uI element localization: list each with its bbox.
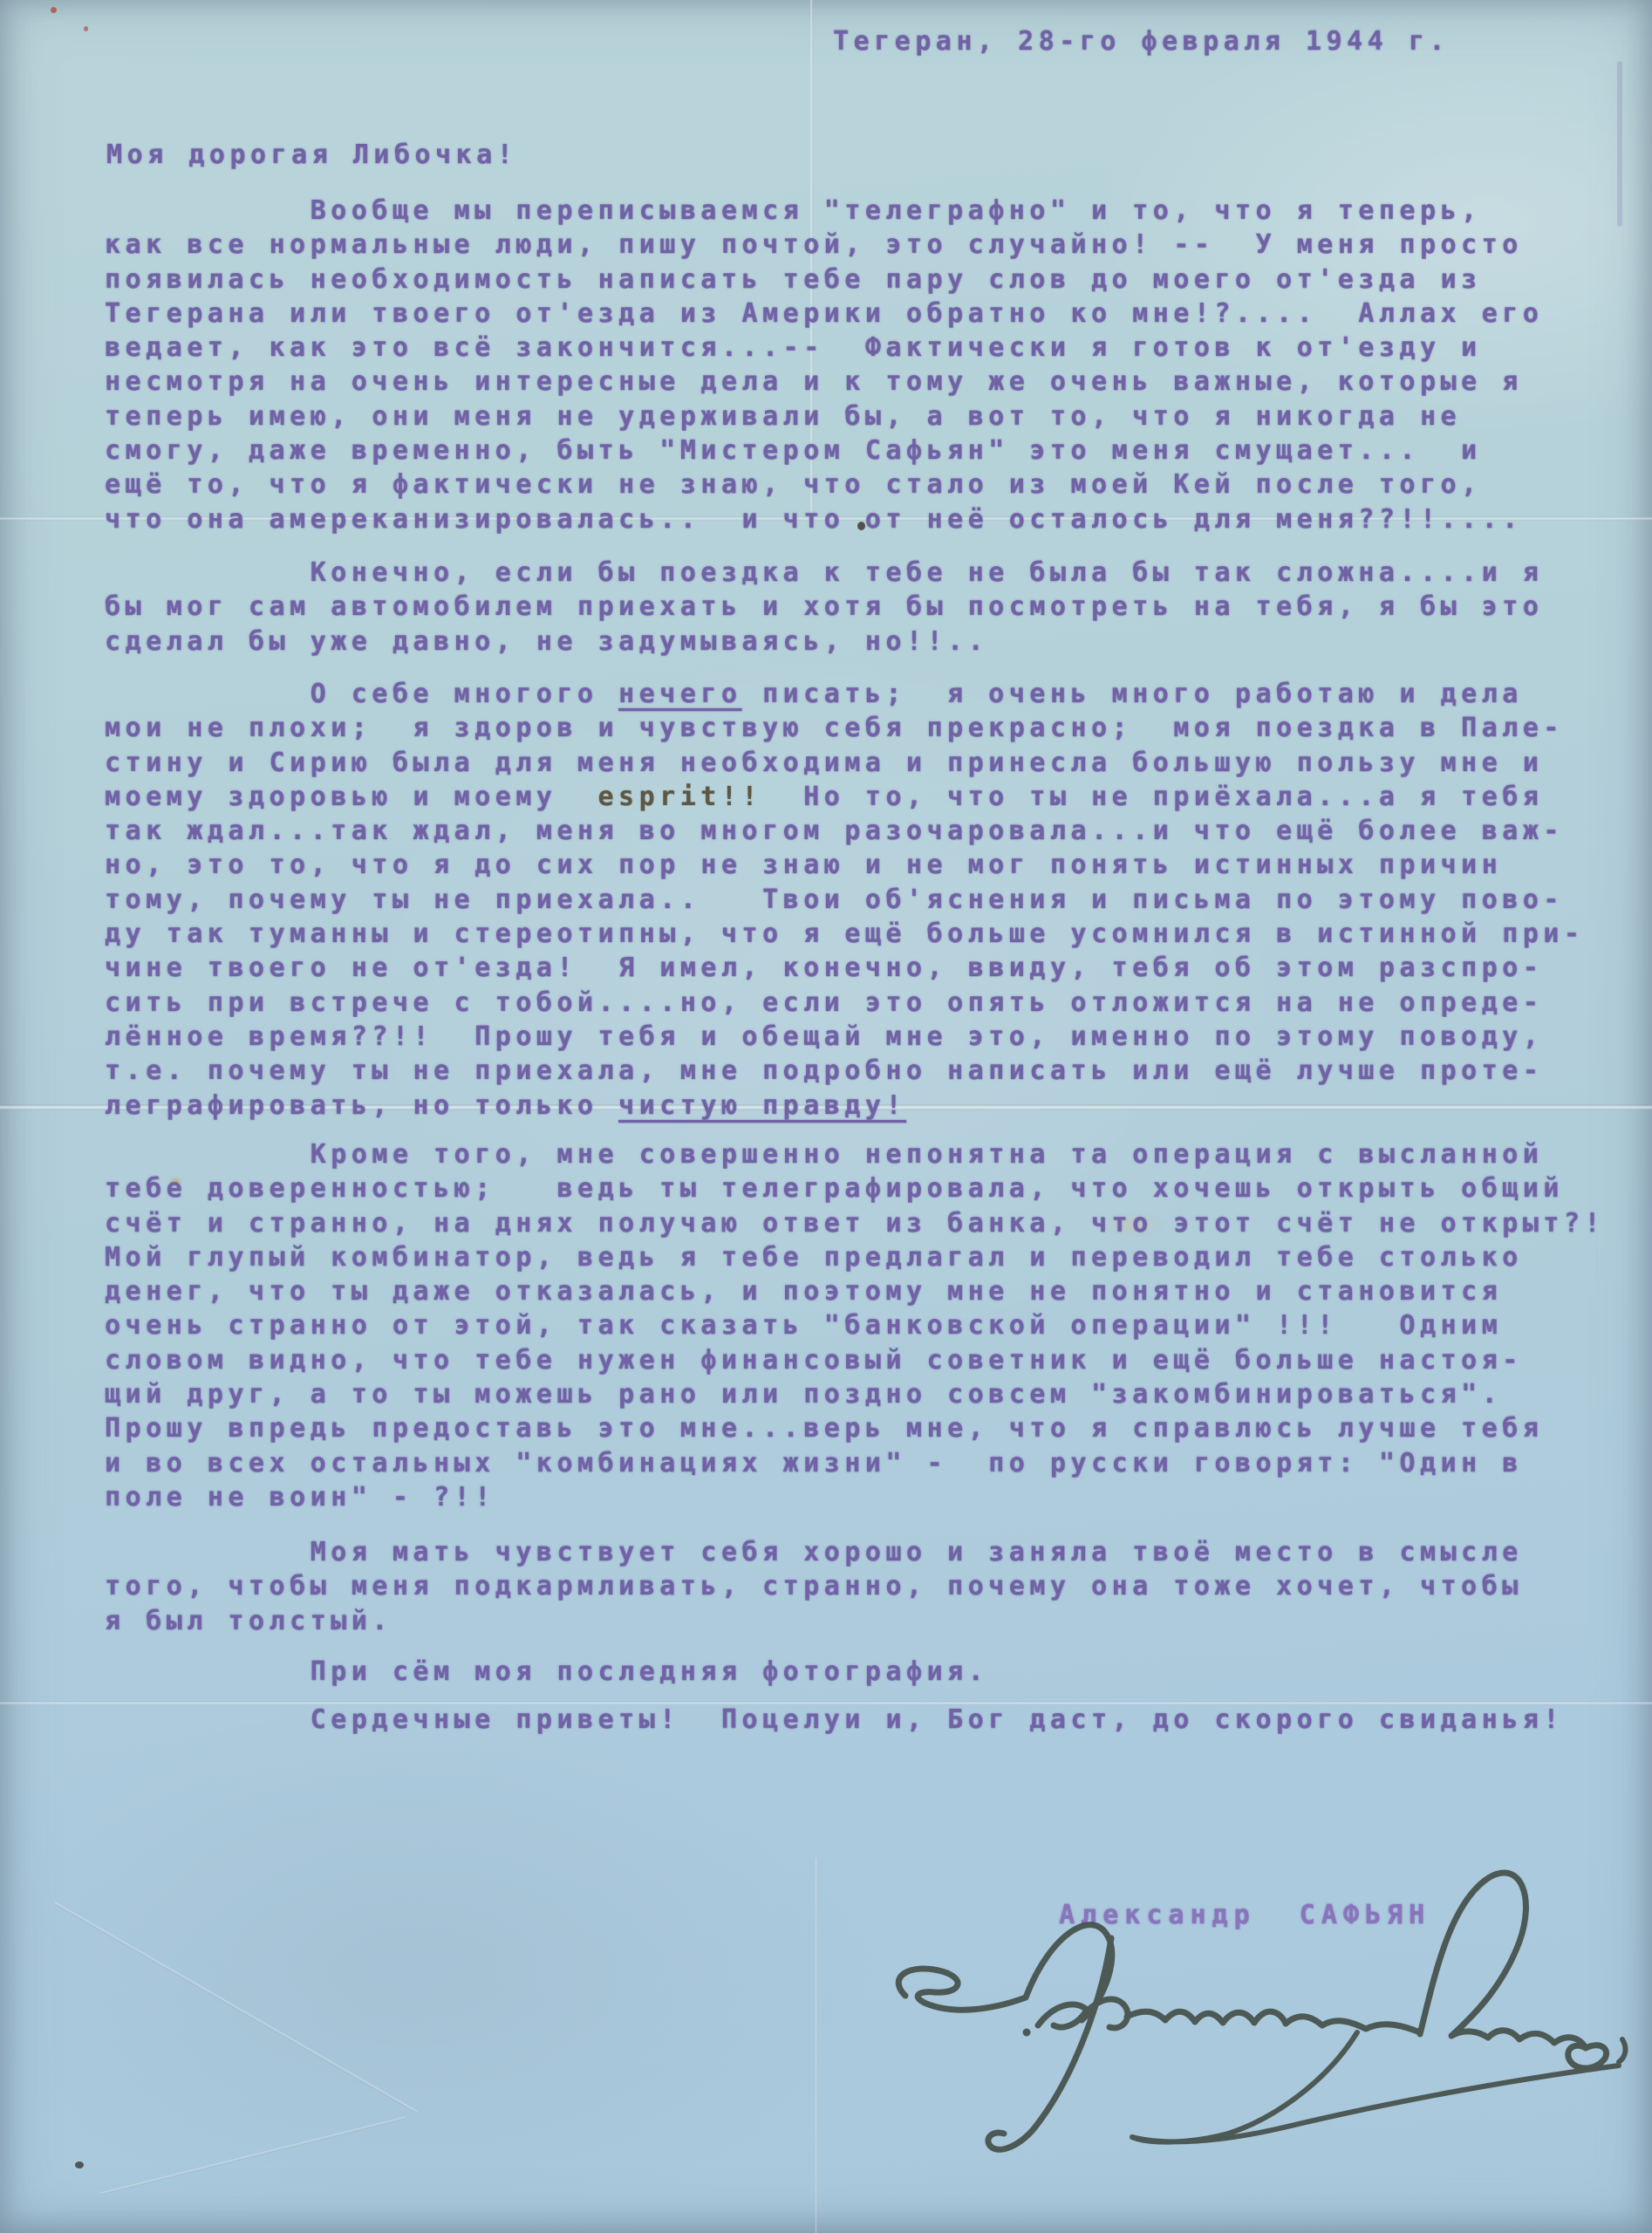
letter-line: сить при встрече с тобой....но, если это… [105, 986, 1584, 1020]
underlined-text: чистую правду! [618, 1090, 906, 1121]
letter-line: что она амереканизировалась.. и что от н… [105, 502, 1543, 536]
letter-line: сделал бы уже давно, не задумываясь, но!… [105, 625, 1543, 659]
letter-line: Мой глупый комбинатор, ведь я тебе предл… [105, 1240, 1605, 1274]
paragraph-4: Кроме того, мне совершенно непонятна та … [105, 1137, 1605, 1514]
letter-line: щий друг, а то ты можешь рано или поздно… [105, 1377, 1605, 1411]
text-segment: Тегерана или твоего от'езда из Америки о… [105, 298, 1543, 329]
text-segment: Конечно, если бы поездка к тебе не была … [105, 557, 1543, 588]
text-segment: денег, что ты даже отказалась, и поэтому… [105, 1276, 1502, 1307]
text-segment: моему здоровью и моему [105, 782, 597, 812]
letter-line: лённое время??!! Прошу тебя и обещай мне… [105, 1020, 1584, 1054]
text-segment: Вообще мы переписываемся "телеграфно" и … [105, 195, 1482, 226]
text-segment: как все нормальные люди, пишу почтой, эт… [105, 229, 1523, 260]
letter-line: ведает, как это всё закончится...-- Факт… [105, 331, 1543, 365]
letter-line: как все нормальные люди, пишу почтой, эт… [105, 228, 1543, 262]
letter-line: Вообще мы переписываемся "телеграфно" и … [105, 194, 1543, 228]
letter-line: теперь имею, они меня не удерживали бы, … [105, 399, 1543, 434]
letter-line: моему здоровью и моему esprit!! Но то, ч… [105, 780, 1584, 814]
text-segment: несмотря на очень интересные дела и к то… [105, 366, 1523, 397]
paper-speck [51, 7, 57, 13]
letter-line: Прошу впредь предоставь это мне...верь м… [105, 1411, 1605, 1445]
signature-stroke-diagonal [988, 1938, 1111, 2149]
text-segment: сить при встрече с тобой....но, если это… [105, 987, 1543, 1018]
text-segment: так ждал...так ждал, меня во многом разо… [105, 816, 1564, 846]
letter-line: денег, что ты даже отказалась, и поэтому… [105, 1274, 1605, 1308]
paragraph-1: Вообще мы переписываемся "телеграфно" и … [105, 194, 1543, 536]
letter-line: стину и Сирию была для меня необходима и… [105, 746, 1584, 780]
text-segment: появилась необходимость написать тебе па… [105, 264, 1482, 295]
dateline: Тегеран, 28-го февраля 1944 г. [833, 26, 1450, 57]
signature-dot [1023, 2029, 1031, 2037]
paragraph-5: Моя мать чувствует себя хорошо и заняла … [105, 1535, 1523, 1638]
closing-line-farewell: Сердечные приветы! Поцелуи и, Бог даст, … [105, 1704, 1564, 1735]
letter-line: Кроме того, мне совершенно непонятна та … [105, 1137, 1605, 1171]
text-segment: Кроме того, мне совершенно непонятна та … [105, 1139, 1543, 1170]
letter-line: несмотря на очень интересные дела и к то… [105, 365, 1543, 399]
text-segment: esprit!! [597, 782, 762, 812]
letter-line: словом видно, что тебе нужен финансовый … [105, 1343, 1605, 1377]
letter-line: т.е. почему ты не приехала, мне подробно… [105, 1054, 1584, 1088]
letter-line: и во всех остальных "комбинациях жизни" … [105, 1446, 1605, 1480]
letter-page: Тегеран, 28-го февраля 1944 г. Моя дорог… [0, 0, 1652, 2233]
edge-smudge [1617, 61, 1622, 227]
text-segment: леграфировать, но только [105, 1090, 618, 1121]
text-segment: ведает, как это всё закончится...-- Факт… [105, 332, 1482, 363]
handwritten-signature-icon [837, 1832, 1649, 2233]
letter-line: ещё то, что я фактически не знаю, что ст… [105, 468, 1543, 502]
text-segment: лённое время??!! Прошу тебя и обещай мне… [105, 1021, 1543, 1052]
text-segment: тебе доверенностью; ведь ты телеграфиров… [105, 1173, 1564, 1204]
letter-line: счёт и странно, на днях получаю ответ из… [105, 1206, 1605, 1240]
paragraph-3: О себе многого нечего писать; я очень мн… [105, 677, 1584, 1123]
signature-stroke-tall-loop [1420, 1873, 1607, 2068]
text-segment: Моя мать чувствует себя хорошо и заняла … [105, 1537, 1523, 1567]
text-segment: я был толстый. [105, 1606, 393, 1636]
wrinkle-diagonal-1 [53, 1902, 417, 2113]
text-segment: Но то, что ты не приёхала...а я тебя [762, 782, 1543, 812]
text-segment: того, чтобы меня подкармливать, странно,… [105, 1571, 1523, 1601]
letter-line: поле не воин" - ?!! [105, 1480, 1605, 1514]
ink-speck [75, 2161, 84, 2168]
text-segment: очень странно от этой, так сказать "банк… [105, 1310, 1502, 1341]
text-segment: что она амереканизировалась.. и что от н… [105, 504, 1523, 535]
text-segment: словом видно, что тебе нужен финансовый … [105, 1345, 1523, 1376]
text-segment: теперь имею, они меня не удерживали бы, … [105, 401, 1461, 432]
letter-line: ду так туманны и стереотипны, что я ещё … [105, 917, 1584, 951]
letter-line: тому, почему ты не приехала.. Твои об'яс… [105, 883, 1584, 917]
paper-speck [84, 26, 88, 31]
underlined-text: нечего [618, 679, 741, 709]
letter-line: очень странно от этой, так сказать "банк… [105, 1308, 1605, 1342]
text-segment: ещё то, что я фактически не знаю, что ст… [105, 469, 1482, 500]
letter-line: но, это то, что я до сих пор не знаю и н… [105, 848, 1584, 882]
text-segment: Мой глупый комбинатор, ведь я тебе предл… [105, 1242, 1523, 1273]
letter-line: так ждал...так ждал, меня во многом разо… [105, 814, 1584, 848]
text-segment: сделал бы уже давно, не задумываясь, но!… [105, 626, 988, 657]
text-segment: Прошу впредь предоставь это мне...верь м… [105, 1413, 1543, 1444]
letter-line: тебе доверенностью; ведь ты телеграфиров… [105, 1171, 1605, 1205]
signature-stroke-underline [1132, 2032, 1619, 2142]
text-segment: смогу, даже временно, быть "Мистером Саф… [105, 435, 1482, 466]
text-segment: ду так туманны и стереотипны, что я ещё … [105, 918, 1584, 949]
letter-line: бы мог сам автомобилем приехать и хотя б… [105, 590, 1543, 624]
letter-line: Конечно, если бы поездка к тебе не была … [105, 556, 1543, 590]
text-segment: мои не плохи; я здоров и чувствую себя п… [105, 713, 1564, 743]
text-segment: но, это то, что я до сих пор не знаю и н… [105, 850, 1502, 880]
letter-line: чине твоего не от'езда! Я имел, конечно,… [105, 951, 1584, 985]
text-segment: т.е. почему ты не приехала, мне подробно… [105, 1055, 1543, 1086]
text-segment: чине твоего не от'езда! Я имел, конечно,… [105, 953, 1543, 983]
text-segment: О себе многого [105, 679, 618, 709]
letter-line: леграфировать, но только чистую правду! [105, 1089, 1584, 1123]
letter-line: появилась необходимость написать тебе па… [105, 263, 1543, 297]
letter-line: того, чтобы меня подкармливать, странно,… [105, 1569, 1523, 1603]
salutation: Моя дорогая Либочка! [106, 140, 517, 170]
letter-line: я был толстый. [105, 1604, 1523, 1638]
letter-line: О себе многого нечего писать; я очень мн… [105, 677, 1584, 711]
wrinkle-diagonal-2 [100, 2116, 406, 2195]
text-segment: тому, почему ты не приехала.. Твои об'яс… [105, 884, 1564, 915]
text-segment: писать; я очень много работаю и дела [741, 679, 1522, 709]
letter-line: Моя мать чувствует себя хорошо и заняла … [105, 1535, 1523, 1569]
signature-stroke-tick [1619, 2039, 1625, 2062]
text-segment: поле не воин" - ?!! [105, 1482, 495, 1513]
text-segment: стину и Сирию была для меня необходима и… [105, 748, 1543, 778]
letter-line: Тегерана или твоего от'езда из Америки о… [105, 297, 1543, 331]
fold-crease-vertical-bottom [815, 1858, 817, 2233]
text-segment: бы мог сам автомобилем приехать и хотя б… [105, 591, 1543, 622]
letter-line: мои не плохи; я здоров и чувствую себя п… [105, 711, 1584, 745]
text-segment: щий друг, а то ты можешь рано или поздно… [105, 1379, 1502, 1410]
paragraph-2: Конечно, если бы поездка к тебе не была … [105, 556, 1543, 659]
letter-line: смогу, даже временно, быть "Мистером Саф… [105, 434, 1543, 468]
closing-line-photo: При сём моя последняя фотография. [105, 1656, 988, 1687]
text-segment: счёт и странно, на днях получаю ответ из… [105, 1208, 1605, 1239]
text-segment: и во всех остальных "комбинациях жизни" … [105, 1448, 1523, 1478]
